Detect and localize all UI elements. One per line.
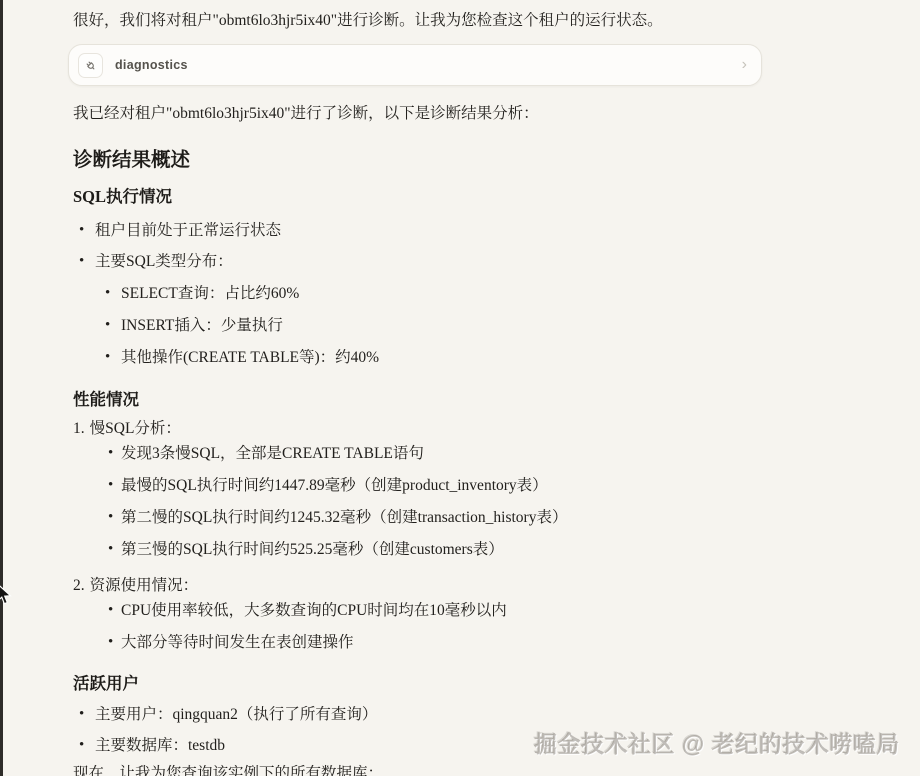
mouse-cursor-icon [0,583,15,607]
resource-usage-sublist: CPU使用率较低，大多数查询的CPU时间均在10毫秒以内 大部分等待时间发生在表… [99,600,823,653]
sql-type-sublist: SELECT查询：占比约60% INSERT插入：少量执行 其他操作(CREAT… [99,283,823,368]
sql-exec-list: 租户目前处于正常运行状态 主要SQL类型分布： SELECT查询：占比约60% … [73,220,823,368]
performance-numbered-list: 1. 慢SQL分析： 发现3条慢SQL，全部是CREATE TABLE语句 最慢… [73,418,823,653]
assistant-message-analysis-intro: 我已经对租户"obmt6lo3hjr5ix40"进行了诊断，以下是诊断结果分析： [73,103,823,124]
numbered-item-slow-sql: 1. 慢SQL分析： 发现3条慢SQL，全部是CREATE TABLE语句 最慢… [73,418,823,560]
list-item: 第三慢的SQL执行时间约525.25毫秒（创建customers表） [99,539,823,560]
numbered-item-resource-usage: 2. 资源使用情况： CPU使用率较低，大多数查询的CPU时间均在10毫秒以内 … [73,575,823,653]
list-item: 主要数据库：testdb [73,735,823,756]
item-label: 资源使用情况： [90,575,199,596]
section-title-performance: 性能情况 [73,390,823,410]
list-item: 发现3条慢SQL，全部是CREATE TABLE语句 [99,443,823,464]
list-item: 其他操作(CREATE TABLE等)：约40% [99,347,823,368]
assistant-message-intro: 很好，我们将对租户"obmt6lo3hjr5ix40"进行诊断。让我为您检查这个… [73,10,823,31]
list-item-label: 主要SQL类型分布： [95,253,233,270]
list-item: 第二慢的SQL执行时间约1245.32毫秒（创建transaction_hist… [99,507,823,528]
list-item: 租户目前处于正常运行状态 [73,220,823,241]
plug-icon [78,53,103,78]
slow-sql-sublist: 发现3条慢SQL，全部是CREATE TABLE语句 最慢的SQL执行时间约14… [99,443,823,560]
active-users-list: 主要用户：qingquan2（执行了所有查询） 主要数据库：testdb [73,704,823,756]
list-item: INSERT插入：少量执行 [99,315,823,336]
list-item: CPU使用率较低，大多数查询的CPU时间均在10毫秒以内 [99,600,823,621]
chevron-right-icon[interactable]: › [742,57,747,73]
list-item: SELECT查询：占比约60% [99,283,823,304]
assistant-message-closing: 现在，让我为您查询该实例下的所有数据库： [73,763,823,776]
tool-name-label: diagnostics [115,58,188,72]
chat-transcript: 很好，我们将对租户"obmt6lo3hjr5ix40"进行诊断。让我为您检查这个… [73,0,823,776]
report-title: 诊断结果概述 [73,150,823,172]
list-item: 大部分等待时间发生在表创建操作 [99,632,823,653]
section-title-active-users: 活跃用户 [73,674,823,694]
section-title-sql-exec: SQL执行情况 [73,187,823,207]
item-number: 1. [73,418,85,439]
list-item: 主要用户：qingquan2（执行了所有查询） [73,704,823,725]
list-item: 主要SQL类型分布： SELECT查询：占比约60% INSERT插入：少量执行… [73,251,823,368]
item-number: 2. [73,575,85,596]
item-label: 慢SQL分析： [90,418,181,439]
list-item: 最慢的SQL执行时间约1447.89毫秒（创建product_inventory… [99,475,823,496]
window-border [0,0,3,776]
tool-call-card[interactable]: diagnostics › [68,44,762,86]
